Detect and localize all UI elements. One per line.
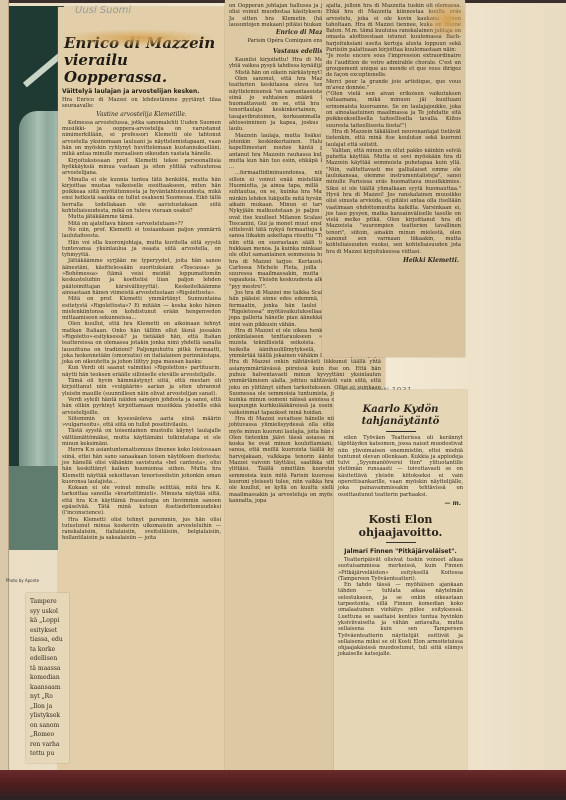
small-clip-line: Tampere bbox=[26, 597, 69, 607]
stain bbox=[58, 29, 218, 47]
main-paragraph: No niin, prof. Klemetti ei tosiaankaan p… bbox=[58, 227, 225, 240]
main-paragraph: Verdi syleili häntä näiden sanojen johdo… bbox=[58, 397, 225, 416]
small-clip-line: syy uskol bbox=[26, 607, 69, 617]
main-section-title: Vastine arvostelija Klemetille. bbox=[58, 110, 225, 120]
kosti-paragraph: En tahdo tässä — myöhäisen ajankaan tähd… bbox=[334, 582, 467, 658]
main-paragraph: Herra K:n asiantuntemattomuus ilmenee ko… bbox=[58, 447, 225, 485]
small-clip-line: komedian bbox=[26, 673, 69, 683]
small-clip-line: tä maassa bbox=[26, 664, 69, 674]
main-paragraph: Kun Verdi oli saanut valmiiksi »Rigolett… bbox=[58, 365, 225, 378]
scrapbook-page: Photo by Aponte Enrico di Mazzein vierai… bbox=[0, 0, 566, 786]
french-quote-2: Merci pour la grande joie artistique, qu… bbox=[322, 79, 465, 92]
stain bbox=[422, 0, 465, 40]
kosti-paragraphs: Teatteripäivät olisivat tuskin voineet a… bbox=[334, 557, 467, 658]
main-paragraph: Tästä syystä on toisenlainen mustoilu kä… bbox=[58, 428, 225, 447]
small-clip-line: esitykset bbox=[26, 626, 69, 636]
main-paragraph: Jättäkäämme syrjään ne typeryydet, joita… bbox=[58, 258, 225, 296]
photo-credit: Photo by Aponte bbox=[6, 578, 39, 583]
kosti-paragraph: Teatteripäivät olisivat tuskin voineet a… bbox=[334, 557, 467, 582]
handwritten-source: Uusi Suomi bbox=[75, 5, 131, 16]
kaario-paragraph: eilen Työväen Teatterissa oli kerännyt t… bbox=[334, 435, 467, 498]
main-paragraph: Kolmessa arvostelussa, jotka sanomalehti… bbox=[58, 120, 225, 158]
small-clip-line: tettu pu bbox=[26, 749, 69, 759]
singer-photo bbox=[9, 6, 64, 550]
kaario-paragraphs: eilen Työväen Teatterissa oli kerännyt t… bbox=[334, 435, 467, 498]
main-intro: Hra Enrico di Mazzei on lehdestämme pyyt… bbox=[58, 97, 225, 110]
small-clip-line: kaansaam bbox=[26, 683, 69, 693]
kaario-signature: — m. bbox=[334, 498, 467, 509]
kosti-subheadline: Jalmari Finnen "Pitkäjärveläiset". bbox=[334, 546, 467, 557]
small-clip-line: nyt „Ro bbox=[26, 692, 69, 702]
main-paragraph: Kukaan ei ole voinut minulle selittää, m… bbox=[58, 485, 225, 516]
main-paragraph: Kirjoituksissaan prof. Klemetti tekee pe… bbox=[58, 158, 225, 177]
photo-floor bbox=[9, 466, 64, 550]
clipping-response-continued: ajalta, jolloin hra di Mazzeita tuskin o… bbox=[322, 0, 465, 357]
clipping-small-left: Tamperesyy uskolkä „Loppiesityksettiassa… bbox=[26, 593, 69, 763]
cont2-paragraph: Hra di Mazzein täkäläiset neuvonantajat … bbox=[322, 129, 465, 148]
clipping-theatre-reviews: Kaarlo Kydön tahjanäytäntö eilen Työväen… bbox=[334, 390, 467, 783]
small-clip-lines: Tamperesyy uskolkä „Loppiesityksettiassa… bbox=[26, 593, 69, 759]
main-paragraphs: Kolmessa arvostelussa, jotka sanomalehti… bbox=[58, 120, 225, 542]
klemetti-signature: Heikki Klemetti. bbox=[322, 255, 465, 266]
main-paragraph: Tämä oli hyvin hämmästynyt siitä, että m… bbox=[58, 378, 225, 397]
divider bbox=[386, 431, 416, 432]
divider bbox=[386, 542, 416, 543]
small-clip-line: kä „Loppi bbox=[26, 616, 69, 626]
french-quote: "Je reste encore sous l'impression extra… bbox=[322, 53, 465, 78]
main-paragraph: Mitä on prof. Klemetti ymmärtänyt Sunnun… bbox=[58, 296, 225, 321]
main-paragraph: Minulla ei ole kunnia tuntea tätä henkil… bbox=[58, 177, 225, 215]
main-paragraph: Hra Klemetti olisi tehnyt paremmin, jos … bbox=[58, 517, 225, 542]
album-binding bbox=[0, 770, 566, 800]
clipping-main-article: Enrico di Mazzein vierailu Oopperassa. V… bbox=[58, 7, 225, 780]
small-clip-line: ren varha bbox=[26, 740, 69, 750]
small-clip-line: „Romeo bbox=[26, 730, 69, 740]
kosti-headline: Kosti Elon ohjaajavoitto. bbox=[334, 513, 467, 539]
main-paragraph: Hän voi olla kuoronjohtaja, mutta kuvite… bbox=[58, 240, 225, 259]
page-left-edge bbox=[0, 0, 9, 786]
cont2-paragraph: Valitan, että minun on ollut pakko näink… bbox=[322, 148, 465, 255]
small-clip-line: ta korke bbox=[26, 645, 69, 655]
finnish-translation: ("Olen vielä sen aivan erikoisen vaikutu… bbox=[322, 91, 465, 129]
main-paragraph: Olen kuullut, että hra Klemetti on aikoi… bbox=[58, 321, 225, 365]
kaario-headline: Kaarlo Kydön tahjanäytäntö bbox=[334, 404, 467, 428]
main-paragraph: Siitemmin on kysessäoleva aaria siinä mä… bbox=[58, 416, 225, 429]
small-clip-line: „Ilon ja bbox=[26, 702, 69, 712]
small-clip-line: ylistyksek bbox=[26, 711, 69, 721]
cont2-paragraphs: Hra di Mazzein täkäläiset neuvonantajat … bbox=[322, 129, 465, 255]
main-subheadline: Väittelyä laulajan ja arvostelijan keske… bbox=[58, 86, 225, 97]
small-clip-line: tiassa, edu bbox=[26, 635, 69, 645]
small-clip-line: on sanom bbox=[26, 721, 69, 731]
small-clip-line: edellisen bbox=[26, 654, 69, 664]
